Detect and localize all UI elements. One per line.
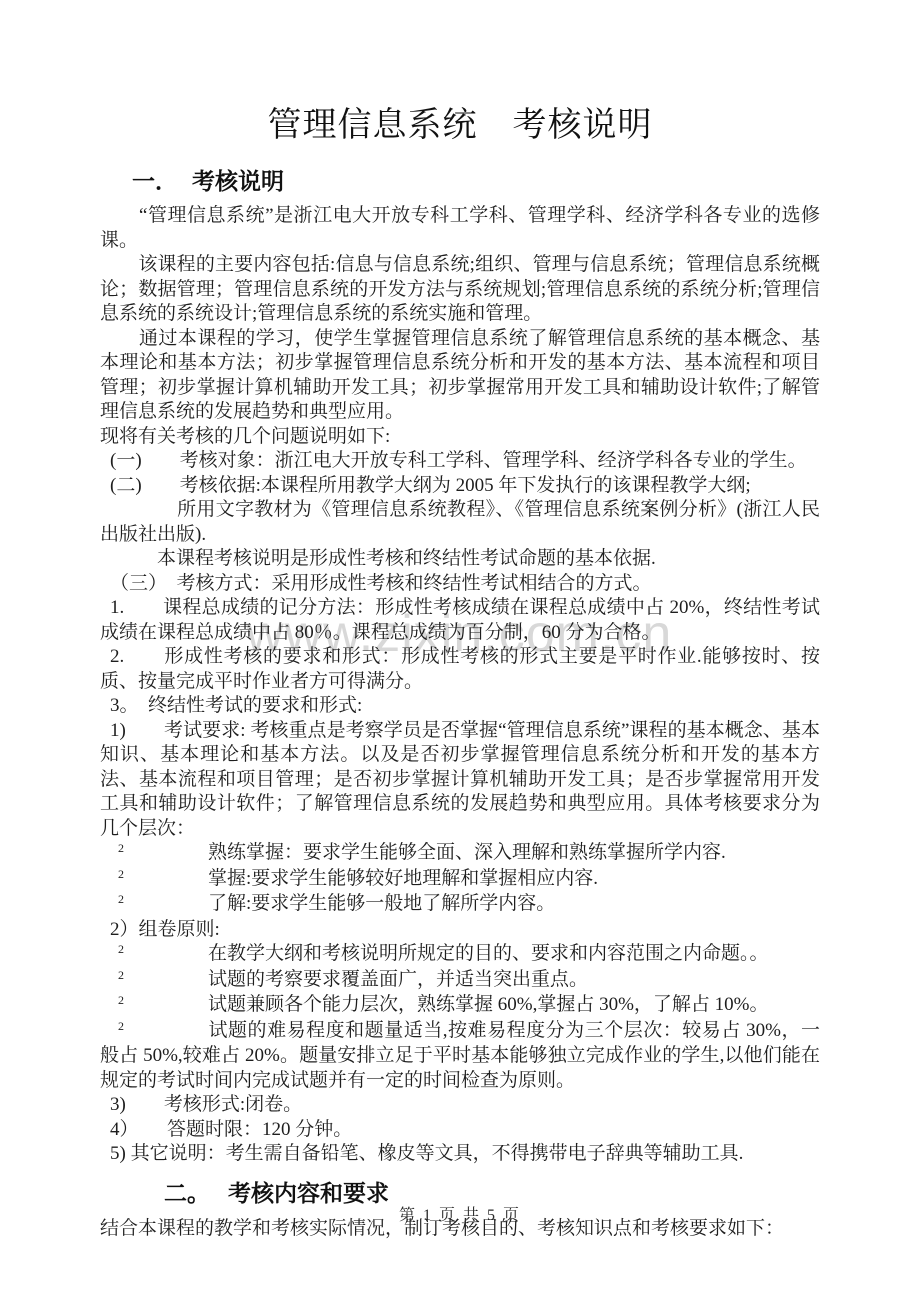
bullet-item: 2试题的难易程度和题量适当,按难易程度分为三个层次：较易占 30%，一般占 50…	[100, 1019, 820, 1094]
section-number: 一．	[132, 168, 178, 194]
list-item: 3。 终结性考试的要求和形式:	[100, 694, 820, 719]
document-body: 管理信息系统 考核说明 一．考核说明 “管理信息系统”是浙江电大开放专科工学科、…	[0, 0, 920, 1241]
paragraph: “管理信息系统”是浙江电大开放专科工学科、管理学科、经济学科各专业的选修课。	[100, 204, 820, 253]
list-item: 4） 答题时限：120 分钟。	[100, 1118, 820, 1143]
bullet-marker-icon: 2	[118, 1019, 124, 1033]
section-heading-1: 一．考核说明	[100, 164, 820, 198]
list-item: 1. 课程总成绩的记分方法：形成性考核成绩在课程总成绩中占 20%，终结性考试成…	[100, 596, 820, 645]
paragraph: 通过本课程的学习，使学生掌握管理信息系统了解管理信息系统的基本概念、基本理论和基…	[100, 327, 820, 425]
paragraph: 该课程的主要内容包括:信息与信息系统;组织、管理与信息系统；管理信息系统概论；数…	[100, 253, 820, 327]
paragraph: 所用文字教材为《管理信息系统教程》、《管理信息系统案例分析》(浙江人民出版社出版…	[100, 498, 820, 547]
bullet-text: 熟练掌握：要求学生能够全面、深入理解和熟练掌握所学内容.	[208, 842, 726, 863]
bullet-marker-icon: 2	[118, 942, 124, 956]
bullet-text: 试题兼顾各个能力层次，熟练掌握 60%,掌握占 30%，了解占 10%。	[208, 994, 768, 1015]
list-item: 2. 形成性考核的要求和形式：形成性考核的形式主要是平时作业.能够按时、按质、按…	[100, 645, 820, 694]
bullet-marker-icon: 2	[118, 841, 124, 855]
bullet-item: 2熟练掌握：要求学生能够全面、深入理解和熟练掌握所学内容.	[100, 841, 820, 867]
bullet-item: 2试题的考察要求覆盖面广，并适当突出重点。	[100, 968, 820, 994]
bullet-marker-icon: 2	[118, 968, 124, 982]
paragraph: 现将有关考核的几个问题说明如下:	[100, 425, 820, 450]
bullet-text: 试题的难易程度和题量适当,按难易程度分为三个层次：较易占 30%，一般占 50%…	[100, 1020, 820, 1091]
document-page: www.zixin.com.cn 管理信息系统 考核说明 一．考核说明 “管理信…	[0, 0, 920, 1302]
section-title: 考核说明	[192, 168, 284, 194]
page-footer: 第 1 页 共 5 页	[0, 1202, 920, 1225]
list-item: （三） 考核方式：采用形成性考核和终结性考试相结合的方式。	[100, 572, 820, 597]
bullet-marker-icon: 2	[118, 867, 124, 881]
bullet-item: 2了解:要求学生能够一般地了解所学内容。	[100, 892, 820, 918]
list-item: (一) 考核对象：浙江电大开放专科工学科、管理学科、经济学科各专业的学生。	[100, 449, 820, 474]
bullet-item: 2掌握:要求学生能够较好地理解和掌握相应内容.	[100, 867, 820, 893]
bullet-text: 试题的考察要求覆盖面广，并适当突出重点。	[208, 969, 588, 990]
bullet-item: 2试题兼顾各个能力层次，熟练掌握 60%,掌握占 30%，了解占 10%。	[100, 993, 820, 1019]
bullet-text: 掌握:要求学生能够较好地理解和掌握相应内容.	[208, 868, 598, 889]
bullet-marker-icon: 2	[118, 892, 124, 906]
bullet-item: 2在教学大纲和考核说明所规定的目的、要求和内容范围之内命题。。	[100, 942, 820, 968]
list-item: (二) 考核依据:本课程所用教学大纲为 2005 年下发执行的该课程教学大纲;	[100, 474, 820, 499]
page-title: 管理信息系统 考核说明	[100, 104, 820, 148]
list-item: 1) 考试要求: 考核重点是考察学员是否掌握“管理信息系统”课程的基本概念、基本…	[100, 719, 820, 842]
list-item: 5) 其它说明：考生需自备铅笔、橡皮等文具，不得携带电子辞典等辅助工具.	[100, 1142, 820, 1167]
bullet-text: 在教学大纲和考核说明所规定的目的、要求和内容范围之内命题。。	[208, 943, 769, 964]
bullet-text: 了解:要求学生能够一般地了解所学内容。	[208, 893, 555, 914]
paragraph: 本课程考核说明是形成性考核和终结性考试命题的基本依据.	[100, 547, 820, 572]
bullet-marker-icon: 2	[118, 993, 124, 1007]
list-item: 3) 考核形式:闭卷。	[100, 1093, 820, 1118]
list-item: 2）组卷原则:	[100, 918, 820, 943]
